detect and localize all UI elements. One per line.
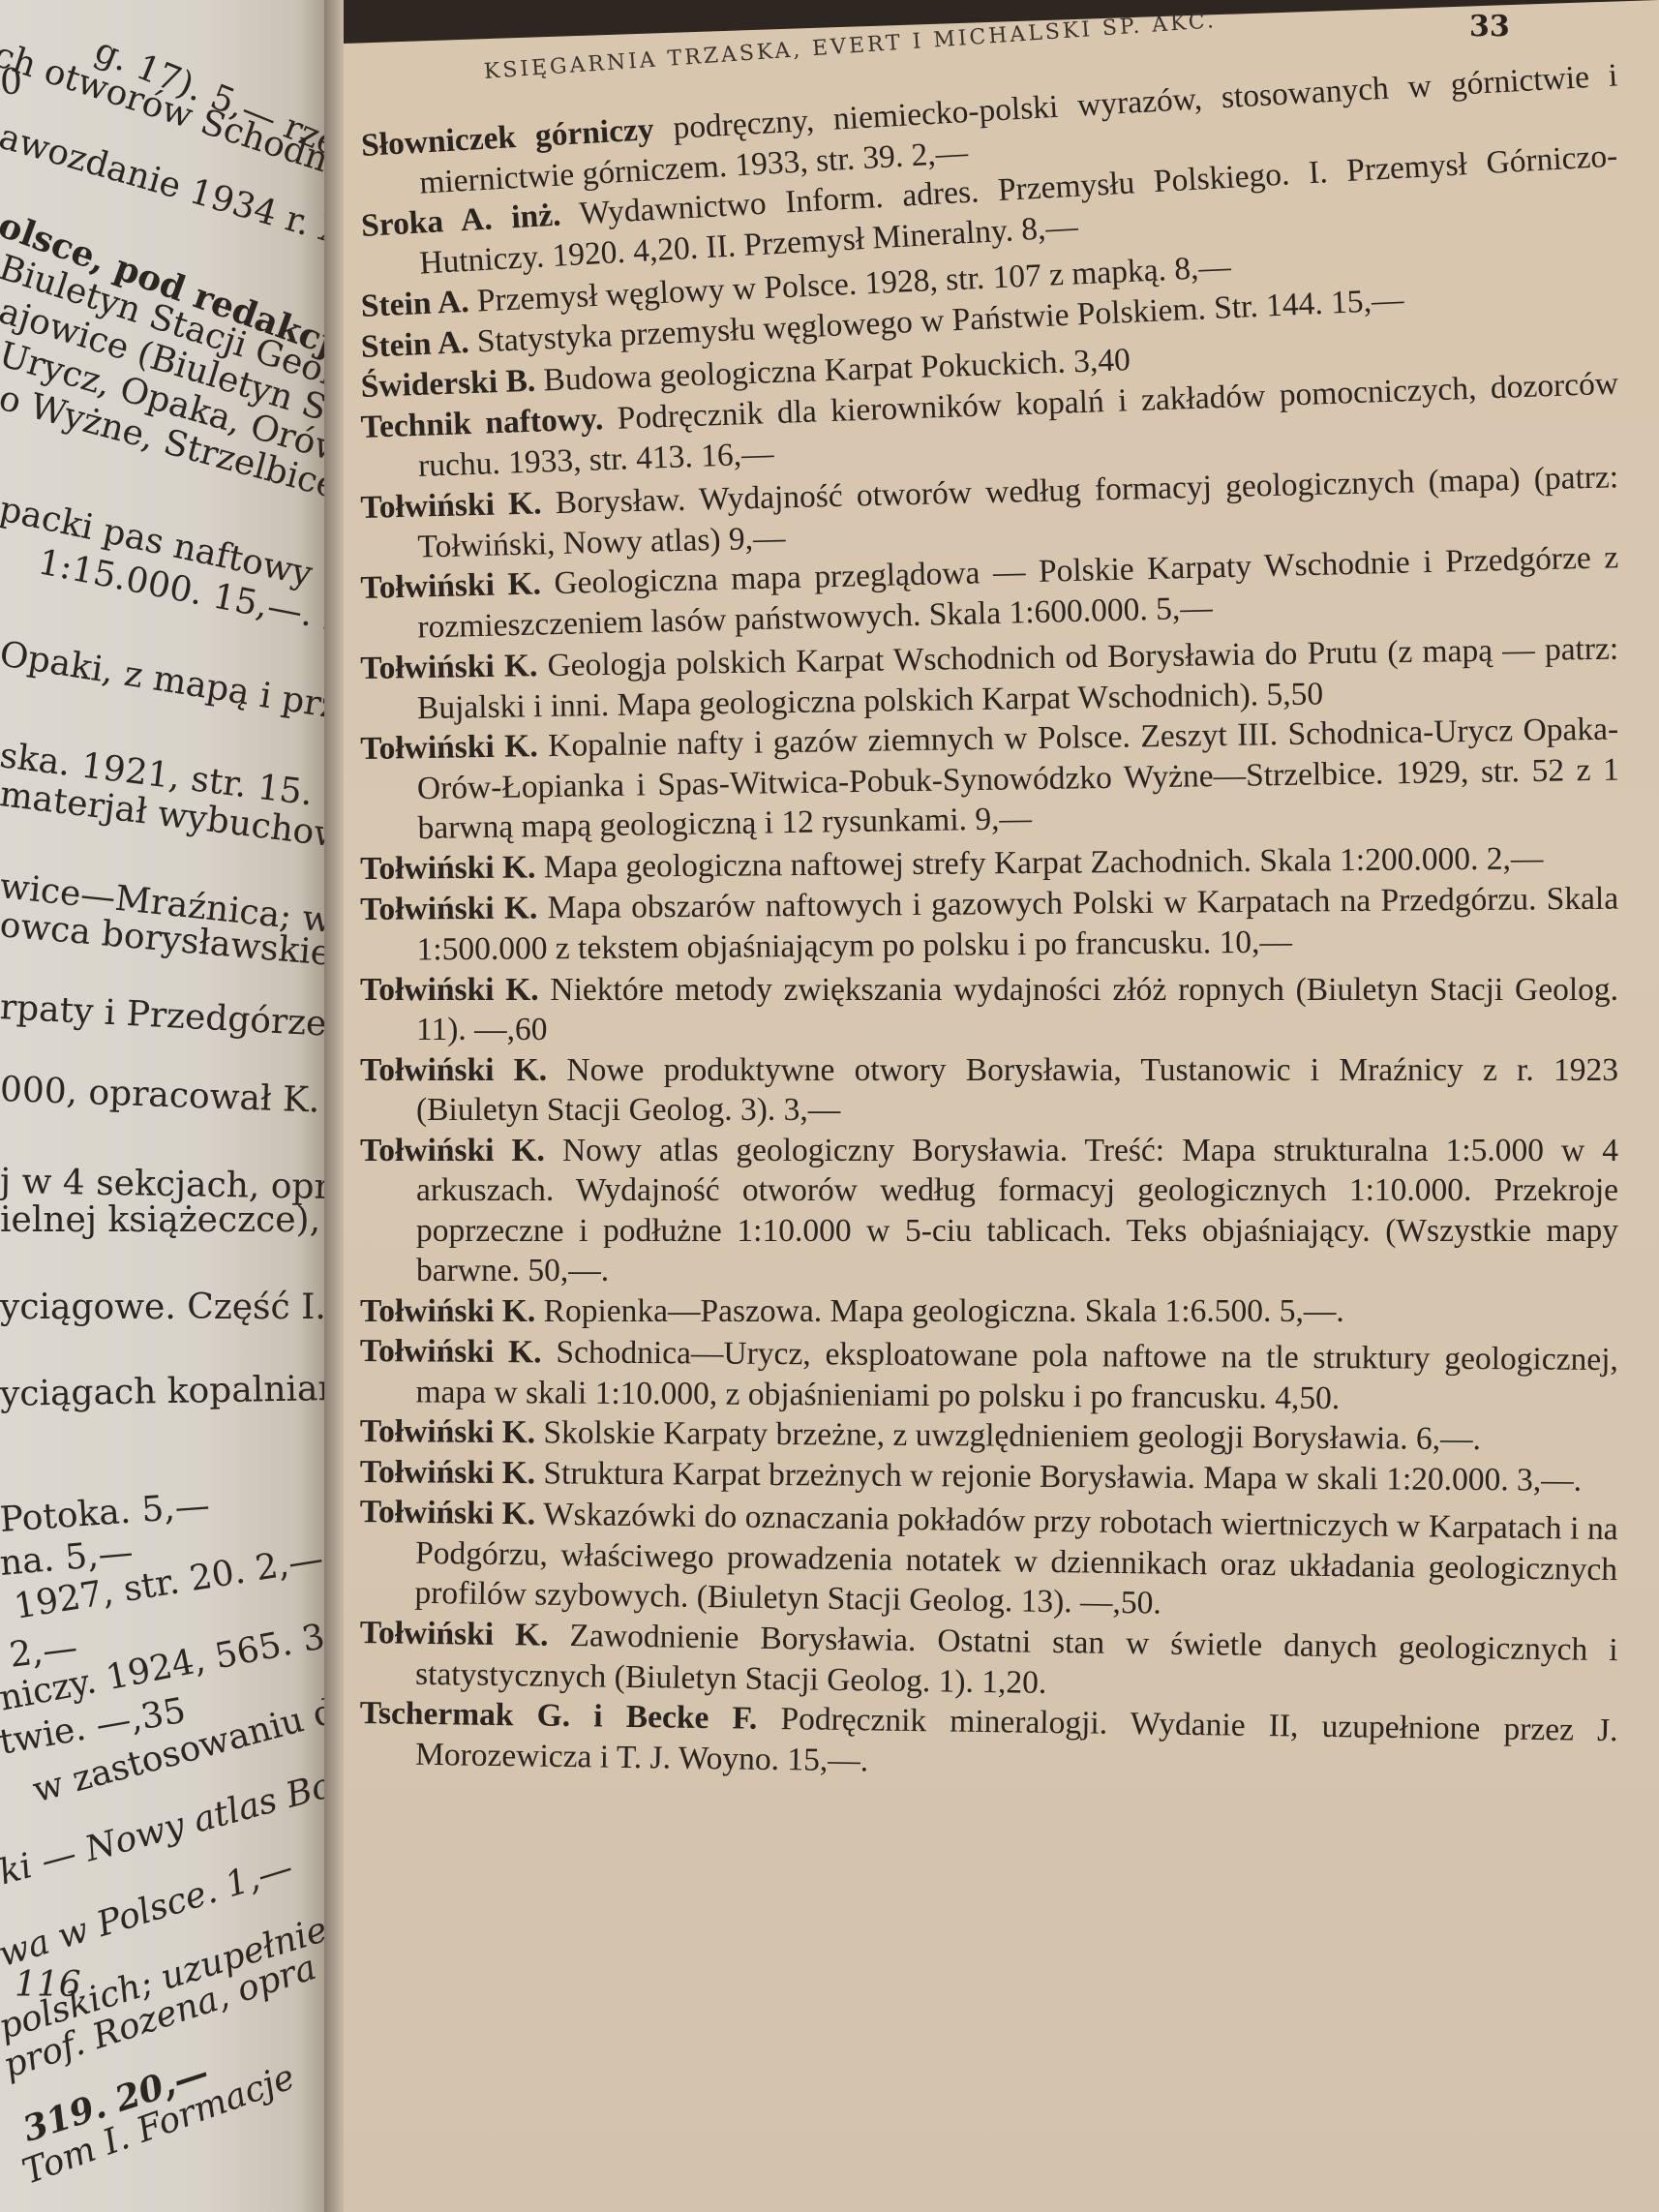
- entry-author: Tołwiński K.: [360, 648, 538, 686]
- entry-author: Tołwiński K.: [360, 849, 536, 887]
- entry-author: Tołwiński K.: [360, 1413, 536, 1450]
- entry-text: Nowe produktywne otwory Borysławia, Tust…: [416, 1052, 1618, 1129]
- entry-author: Świderski B.: [360, 363, 536, 405]
- catalog-entry: Tołwiński K. Kopalnie nafty i gazów ziem…: [360, 709, 1620, 849]
- catalog-entries: Słowniczek górniczy podręczny, niemiecko…: [360, 126, 1618, 1773]
- entry-author: Tołwiński K.: [360, 1052, 547, 1088]
- entry-text: Struktura Karpat brzeżnych w rejonie Bor…: [535, 1455, 1582, 1499]
- catalog-entry: Tołwiński K. Nowy atlas geologiczny Bory…: [360, 1131, 1618, 1291]
- left-page: g. 17). 5,— rzecznych ch otworów Schodni…: [0, 0, 339, 2212]
- entry-author: Tołwiński K.: [360, 485, 542, 526]
- entry-author: Tołwiński K.: [360, 1133, 545, 1168]
- left-page-line: 0: [0, 63, 22, 103]
- entry-text: Mapa obszarów naftowych i gazowych Polsk…: [416, 880, 1618, 966]
- catalog-entry: Tołwiński K. Struktura Karpat brzeżnych …: [360, 1452, 1618, 1501]
- entry-author: Tschermak G. i Becke F.: [359, 1694, 757, 1736]
- entry-text: Skolskie Karpaty brzeżne, z uwzględnieni…: [535, 1414, 1481, 1457]
- entry-text: Geologja polskich Karpat Wschodnich od B…: [417, 630, 1619, 725]
- entry-author: Tołwiński K.: [360, 972, 539, 1008]
- entry-author: Tołwiński K.: [360, 1333, 542, 1370]
- catalog-entry: Tołwiński K. Schodnica—Urycz, eksploatow…: [359, 1331, 1618, 1420]
- left-page-line: Potoka. 5,—: [0, 1486, 211, 1540]
- entry-text: Kopalnie nafty i gazów ziemnych w Polsce…: [417, 711, 1619, 845]
- entry-text: Zawodnienie Borysławia. Ostatni stan w ś…: [415, 1617, 1618, 1700]
- catalog-entry: Tołwiński K. Wskazówki do oznaczania pok…: [358, 1492, 1618, 1630]
- entry-text: Schodnica—Urycz, eksploatowane pola naft…: [415, 1334, 1618, 1415]
- entry-author: Tołwiński K.: [360, 1454, 536, 1491]
- catalog-entry: Tołwiński K. Nowe produktywne otwory Bor…: [360, 1050, 1618, 1131]
- catalog-entry: Tołwiński K. Niektóre metody zwiększania…: [360, 970, 1618, 1050]
- page-number: 33: [1469, 10, 1510, 44]
- entry-author: Stein A.: [360, 284, 469, 324]
- catalog-entry: Tołwiński K. Ropienka—Paszowa. Mapa geol…: [360, 1291, 1618, 1332]
- left-page-line: ielnej książeczce), s: [0, 1200, 339, 1240]
- catalog-entry: Tołwiński K. Mapa obszarów naftowych i g…: [360, 878, 1619, 969]
- catalog-entry: Tschermak G. i Becke F. Podręcznik miner…: [359, 1693, 1618, 1791]
- entry-text: Wskazówki do oznaczania pokładów przy ro…: [414, 1497, 1618, 1621]
- entry-text: Niektóre metody zwiększania wydajności z…: [416, 972, 1618, 1048]
- left-page-line: yciągowe. Część I. 1: [0, 1288, 339, 1327]
- entry-author: Tołwiński K.: [360, 565, 541, 606]
- entry-author: Stein A.: [360, 323, 469, 364]
- left-page-line: yciągach kopalnianych: [0, 1368, 339, 1414]
- entry-author: Sroka A. inż.: [360, 197, 561, 243]
- entry-author: Tołwiński K.: [359, 1614, 548, 1652]
- entry-text: Mapa geologiczna naftowej strefy Karpat …: [535, 840, 1543, 885]
- entry-text: Nowy atlas geologiczny Borysławia. Treść…: [416, 1133, 1618, 1289]
- left-page-line: Opaki, z mapą i przek: [0, 634, 339, 734]
- entry-author: Technik naftowy.: [360, 401, 604, 445]
- left-page-line: rpaty i Przedgórze. S: [0, 987, 339, 1046]
- left-page-line: 000, opracował K. Tołw: [0, 1070, 339, 1124]
- entry-author: Tołwiński K.: [360, 1293, 535, 1329]
- entry-author: Tołwiński K.: [359, 1494, 535, 1532]
- entry-text: Ropienka—Paszowa. Mapa geologiczna. Skal…: [535, 1293, 1343, 1329]
- entry-author: Tołwiński K.: [360, 890, 537, 927]
- entry-author: Tołwiński K.: [360, 728, 538, 767]
